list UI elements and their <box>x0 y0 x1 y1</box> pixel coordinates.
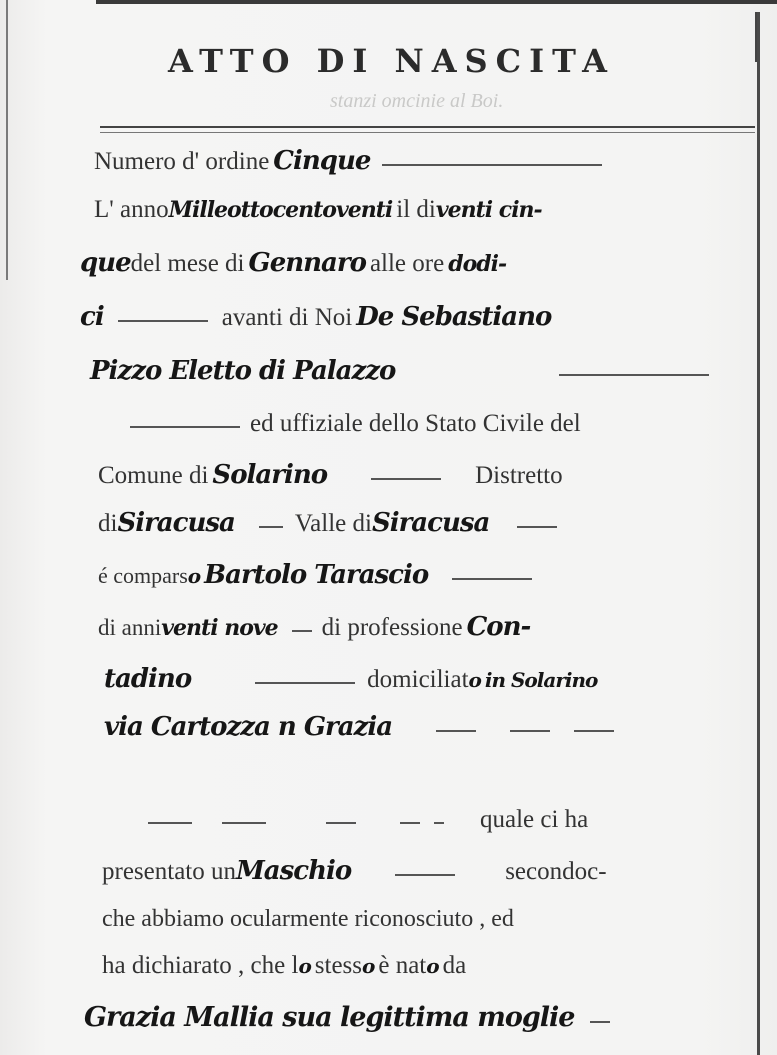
value-district: Siracusa <box>117 508 234 538</box>
line-month: quedel mese di Gennaro alle ore dodi- <box>80 248 506 278</box>
label-comune: Comune di <box>98 462 208 489</box>
fill-line <box>452 578 532 580</box>
label-hour: alle ore <box>370 250 444 277</box>
value-officer-title: Pizzo Eletto di Palazzo <box>90 356 395 386</box>
value-suffix: o <box>298 954 310 978</box>
label-declared: ha dichiarato , che l <box>102 952 298 979</box>
value-day: venti cin- <box>436 197 542 223</box>
line-declared: ha dichiarato , che lo stesso è nato da <box>102 952 466 980</box>
value-declarant-name: Bartolo Tarascio <box>204 560 428 590</box>
value-profession: Con- <box>467 612 531 642</box>
value-comune: Solarino <box>212 460 327 490</box>
line-comune: Comune di Solarino Distretto <box>98 460 563 490</box>
value-age: venti nove <box>161 615 277 641</box>
line-district-valley: diSiracusa Valle diSiracusa <box>98 508 557 538</box>
fill-line <box>574 730 614 732</box>
label-from: da <box>443 952 467 979</box>
label-district: Distretto <box>475 462 563 489</box>
fill-line <box>292 630 312 632</box>
label-domicile: domiciliat <box>367 666 468 693</box>
fill-line <box>382 164 602 166</box>
line-civil-officer: ed uffiziale dello Stato Civile del <box>130 410 581 438</box>
fill-line <box>371 478 441 480</box>
fill-line <box>395 874 455 876</box>
title-rule-2 <box>100 132 755 133</box>
label-appeared: é compars <box>98 563 188 588</box>
value-day-cont: que <box>80 248 131 278</box>
value-mother: Grazia Mallia sua legittima moglie <box>84 1002 574 1033</box>
fill-line <box>222 822 266 824</box>
label-order-number: Numero d' ordine <box>94 148 269 175</box>
label-presented-a: presentato un <box>102 858 236 885</box>
label-born: è nat <box>378 952 426 979</box>
line-officer-title: Pizzo Eletto di Palazzo <box>90 356 709 386</box>
label-profession: di professione <box>322 614 463 641</box>
line-year: L' annoMilleottocentoventi il diventi ci… <box>94 196 542 224</box>
line-mother: Grazia Mallia sua legittima moglie <box>84 1002 610 1033</box>
line-presented: quale ci ha <box>148 806 588 834</box>
fill-line <box>148 822 192 824</box>
fill-line <box>326 822 356 824</box>
value-appeared-suffix: o <box>188 564 200 588</box>
line-sex: presentato unMaschio secondoc- <box>102 856 607 886</box>
label-according: secondoc- <box>505 858 606 885</box>
value-hour: dodi- <box>448 251 506 277</box>
label-civil-officer: ed uffiziale dello Stato Civile del <box>250 410 581 437</box>
value-address: via Cartozza n Grazia <box>104 712 392 742</box>
value-profession-cont: tadino <box>104 664 191 694</box>
fill-line <box>259 526 283 528</box>
page-edge-left <box>6 0 8 280</box>
value-order-number: Cinque <box>273 146 370 176</box>
label-year: L' anno <box>94 196 169 223</box>
fill-line <box>559 374 709 376</box>
fill-line <box>436 730 476 732</box>
value-domicile: in Solarino <box>485 668 597 692</box>
line-before-us: ci avanti di Noi De Sebastiano <box>80 302 551 332</box>
value-month: Gennaro <box>248 248 365 278</box>
value-suffix: o <box>426 954 438 978</box>
label-month: del mese di <box>131 250 245 277</box>
bleed-through-text: stanzi omcinie al Boi. <box>330 90 503 113</box>
fill-line <box>255 682 355 684</box>
fill-line <box>400 822 420 824</box>
label-recognized: che abbiamo ocularmente riconosciuto , e… <box>102 906 514 932</box>
line-domicile: tadino domiciliato in Solarino <box>104 664 597 694</box>
label-presented: quale ci ha <box>480 806 588 833</box>
top-rule <box>96 0 777 4</box>
value-domicile-suffix: o <box>469 668 481 692</box>
line-recognized: che abbiamo ocularmente riconosciuto , e… <box>102 906 514 933</box>
line-appeared: é comparso Bartolo Tarascio <box>98 560 532 590</box>
value-hour-cont: ci <box>80 302 104 332</box>
label-same: stess <box>315 952 362 979</box>
fill-line <box>130 426 240 428</box>
line-address: via Cartozza n Grazia <box>104 712 614 742</box>
document-title: ATTO DI NASCITA <box>168 42 678 80</box>
fill-line <box>434 822 444 824</box>
line-order-number: Numero d' ordine Cinque <box>94 146 602 176</box>
fill-line <box>590 1021 610 1023</box>
value-officer-name: De Sebastiano <box>356 302 551 332</box>
label-district-of: di <box>98 510 117 537</box>
line-age-profession: di anniventi nove di professione Con- <box>98 612 530 642</box>
label-age: di anni <box>98 615 161 640</box>
value-suffix: o <box>362 954 374 978</box>
label-day: il di <box>396 196 436 223</box>
document-page: ATTO DI NASCITA stanzi omcinie al Boi. N… <box>0 0 777 1055</box>
fill-line <box>118 320 208 322</box>
label-before-us: avanti di Noi <box>222 304 353 331</box>
title-rule <box>100 126 755 128</box>
label-valley: Valle di <box>295 510 372 537</box>
value-sex: Maschio <box>236 856 351 886</box>
right-border <box>757 12 760 1055</box>
fill-line <box>517 526 557 528</box>
value-year: Milleottocentoventi <box>169 197 393 223</box>
fill-line <box>510 730 550 732</box>
value-valley: Siracusa <box>372 508 489 538</box>
